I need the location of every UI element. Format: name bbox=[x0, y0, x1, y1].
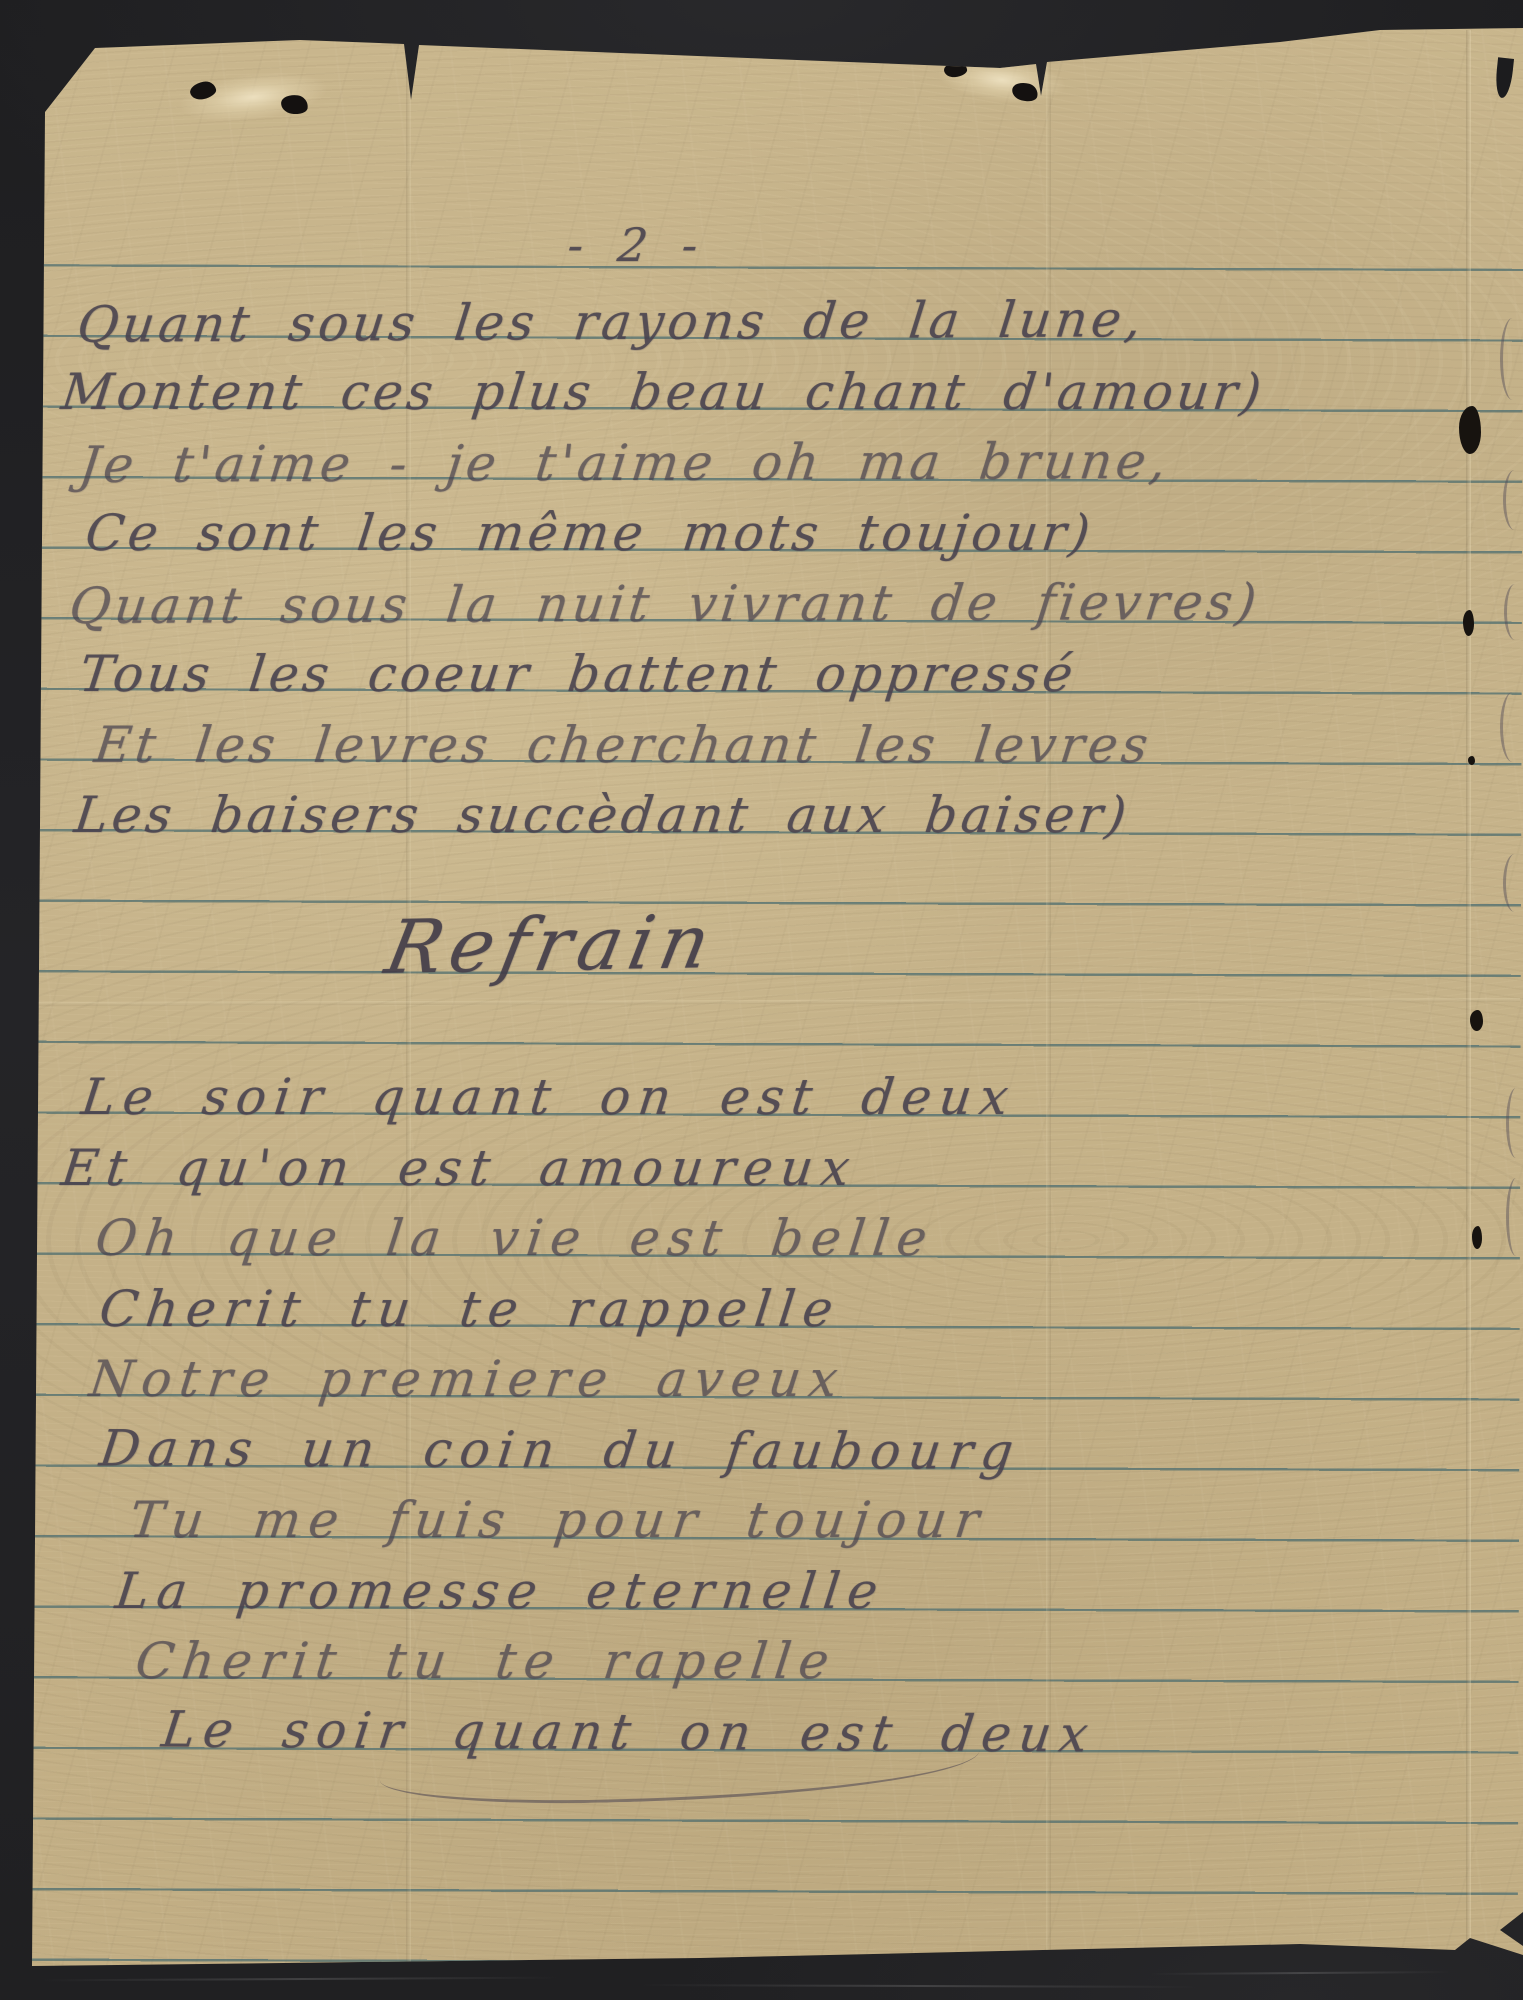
verse-line-6: Tous les coeur battent oppressé bbox=[76, 644, 1080, 704]
mat-scratch bbox=[40, 1977, 560, 1982]
refrain-line-7: Tu me fuis pour toujour bbox=[126, 1490, 990, 1550]
verse-line-7: Et les levres cherchant les levres bbox=[91, 715, 1155, 775]
cut-off-pen-stroke bbox=[1500, 692, 1523, 762]
verse-line-5: Quant sous la nuit vivrant de fievres) bbox=[66, 572, 1263, 636]
cut-off-pen-stroke bbox=[1503, 470, 1523, 530]
verse-line-4: Ce sont les même mots toujour) bbox=[82, 503, 1097, 563]
refrain-line-3: Oh que la vie est belle bbox=[92, 1208, 938, 1268]
verse-line-3: Je t'aime - je t'aime oh ma brune, bbox=[76, 431, 1173, 495]
verse-line-2: Montent ces plus beau chant d'amour) bbox=[58, 362, 1268, 422]
refrain-line-8: La promesse eternelle bbox=[112, 1561, 889, 1621]
paper-sheet: - 2 - Quant sous les rayons de la lune, … bbox=[0, 0, 1523, 2000]
scan-background: - 2 - Quant sous les rayons de la lune, … bbox=[0, 0, 1523, 2000]
refrain-line-1: Le soir quant on est deux bbox=[78, 1067, 1019, 1127]
verse-line-1: Quant sous les rayons de la lune, bbox=[74, 289, 1148, 355]
cut-off-pen-stroke bbox=[1503, 854, 1523, 912]
refrain-line-5: Notre premiere aveux bbox=[86, 1349, 849, 1409]
refrain-line-4: Cherit tu te rappelle bbox=[96, 1279, 844, 1339]
cut-off-pen-stroke bbox=[1504, 584, 1523, 640]
refrain-line-9: Cherit tu te rapelle bbox=[132, 1631, 840, 1691]
refrain-line-2: Et qu'on est amoureux bbox=[58, 1138, 861, 1198]
cut-off-pen-stroke bbox=[1506, 1178, 1523, 1256]
ink-speck bbox=[1459, 406, 1481, 454]
ink-speck bbox=[1468, 756, 1475, 765]
cut-off-pen-stroke bbox=[1506, 1088, 1523, 1158]
ink-speck bbox=[1470, 1010, 1483, 1031]
refrain-line-6: Dans un coin du faubourg bbox=[96, 1418, 1024, 1481]
refrain-heading: Refrain bbox=[379, 899, 724, 991]
page-number: - 2 - bbox=[565, 218, 711, 272]
verse-line-8: Les baisers succèdant aux baiser) bbox=[71, 785, 1133, 845]
mat-scratch bbox=[1150, 1971, 1450, 1975]
ink-speck bbox=[1472, 1226, 1482, 1249]
mat-scratch bbox=[640, 1984, 1200, 1988]
cut-off-pen-stroke bbox=[1500, 318, 1523, 400]
ink-speck bbox=[1463, 610, 1474, 636]
